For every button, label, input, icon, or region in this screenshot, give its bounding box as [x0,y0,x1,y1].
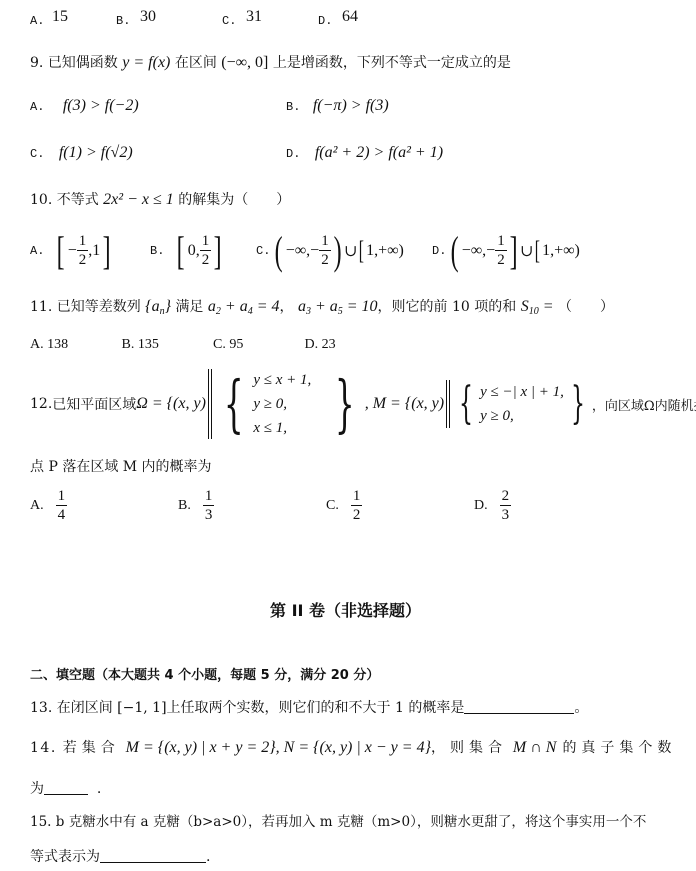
q9-option-c: C. f(1) > f(√2) [30,144,133,162]
q9-math-function: y = f(x) [122,54,170,71]
q8-option-a: A. [30,12,44,28]
q11-option-b: B. 135 [122,337,210,353]
q10-option-b-value: [0,12] [174,231,224,271]
q10-option-a-value: [−12,1] [54,231,113,271]
q15-number: 15. [30,814,51,830]
q8-option-c: C. [222,12,236,28]
q10-option-d-value: (−∞,−12]∪[1,+∞) [448,231,579,271]
q9-stem: 9. 已知偶函数 y = f(x) 在区间 (−∞, 0] 上是增函数，下列不等… [30,52,511,72]
q10-option-b: B. [0,12] [150,228,225,274]
q10-number: 10. [30,192,52,208]
q13-answer-blank[interactable] [464,713,574,714]
q9-option-b-value: f(−π) > f(3) [313,97,389,114]
q12-m-def: , M = {(x, y) [365,395,444,413]
q8-option-c-value: 31 [246,8,262,26]
section2-header: 二、填空题（本大题共 4 个小题，每题 5 分，满分 20 分） [30,664,379,683]
q12-option-b: B.13 [178,484,214,528]
q12-m-cases: { y ≤ −| x | + 1, y ≥ 0, } [444,380,592,428]
right-brace-icon: } [335,373,355,435]
q11-option-c: C. 95 [213,337,301,353]
q9-text-pre: 已知偶函数 [48,55,118,71]
bar-icon [446,380,450,428]
q11-math-sequence: {an} [145,298,171,315]
q11-math-sum: S10 = [521,298,554,315]
q13-number: 13. [30,700,52,716]
q10-option-c-value: (−∞,−12)∪[1,+∞) [272,231,403,271]
q10-text-post: 的解集为（ ） [178,192,290,208]
q8-option-a-value: 15 [52,8,68,26]
left-bracket-icon: [ [57,231,65,271]
q10-option-c: C. (−∞,−12)∪[1,+∞) [256,228,404,274]
left-brace-icon: { [459,382,473,426]
q11-number: 11. [30,299,52,315]
q9-option-a: A. f(3) > f(−2) [30,97,139,115]
q9-option-d-value: f(a² + 2) > f(a² + 1) [315,144,443,161]
q11-text-4: ，则它的前 10 项的和 [378,299,517,315]
q8-option-b: B. [116,12,130,28]
q10-option-d: D. (−∞,−12]∪[1,+∞) [432,228,580,274]
right-brace-icon: } [571,382,585,426]
q13: 13. 在闭区间 [−1, 1]上任取两个实数，则它们的和不大于 1 的概率是。 [30,697,588,717]
q15-line1: 15. b 克糖水中有 a 克糖（b>a>0），若再加入 m 克糖（m>0），则… [30,810,646,830]
q13-text: 在闭区间 [−1, 1]上任取两个实数，则它们的和不大于 1 的概率是 [57,700,465,716]
q11-option-a: A. 138 [30,337,118,353]
q8-options: A. 15 B. 30 C. 31 D. 64 [30,8,690,32]
q12-text-2: ，向区域Ω内随机投一点 P, [592,395,696,414]
q11-math-cond2: a3 + a5 = 10 [298,298,378,315]
part2-title: 第 II 卷（非选择题） [270,598,421,621]
q12-option-a: A.14 [30,484,67,528]
q12-omega-cases: { y ≤ x + 1, y ≥ 0, x ≤ 1, } [206,368,365,440]
q15-text-line1: b 克糖水中有 a 克糖（b>a>0），若再加入 m 克糖（m>0），则糖水更甜… [56,814,647,830]
bar-icon [208,369,212,439]
right-bracket-icon: ] [103,231,111,271]
q9-option-c-value: f(1) > f(√2) [59,144,133,161]
q12-option-c: C.12 [326,484,362,528]
q8-option-d: D. [318,12,332,28]
q8-option-b-value: 30 [140,8,156,26]
q14-text-3: 的真子集个数 [562,740,676,756]
q9-option-b: B. f(−π) > f(3) [286,97,389,115]
q9-math-interval: (−∞, 0] [221,54,268,71]
q14-answer-blank[interactable] [44,794,88,795]
q12-line2: 点 P 落在区域 M 内的概率为 [30,456,212,476]
left-brace-icon: { [224,373,244,435]
q12-omega-def: Ω = {(x, y) [136,395,206,413]
q12-text-1: 已知平面区域 [52,394,136,414]
q11-stem: 11. 已知等差数列 {an} 满足 a2 + a4 = 4， a3 + a5 … [30,296,614,317]
q14-line1: 14. 若集合 M = {(x, y) | x + y = 2}, N = {(… [30,737,676,757]
q14-number: 14. [30,740,57,756]
q14-math-sets: M = {(x, y) | x + y = 2}, N = {(x, y) | … [126,739,431,756]
q9-text-post: 上是增函数，下列不等式一定成立的是 [273,55,511,71]
q9-text-mid: 在区间 [175,55,217,71]
q11-text-5: （ ） [558,299,614,315]
q12-option-d: D.23 [474,484,511,528]
q10-stem: 10. 不等式 2x² − x ≤ 1 的解集为（ ） [30,189,290,209]
q11-option-d: D. 23 [305,337,393,353]
q10-text-pre: 不等式 [57,192,99,208]
q12-number: 12. [30,396,52,412]
q11-text-2: 满足 [175,299,203,315]
q9-option-a-value: f(3) > f(−2) [63,97,139,114]
q10-math-inequality: 2x² − x ≤ 1 [103,191,174,208]
q9-number: 9. [30,55,43,71]
q11-text-1: 已知等差数列 [57,299,141,315]
q11-math-cond1: a2 + a4 = 4 [208,298,280,315]
q8-option-d-value: 64 [342,8,358,26]
q14-text-1: 若集合 [63,740,120,756]
q9-option-d: D. f(a² + 2) > f(a² + 1) [286,144,443,162]
q12-options: A.14 B.13 C.12 D.23 [30,484,690,528]
q12-stem: 12. 已知平面区域 Ω = {(x, y) { y ≤ x + 1, y ≥ … [30,366,696,442]
q15-line2: 等式表示为. [30,846,210,866]
q14-math-intersection: M ∩ N [513,739,557,756]
q15-answer-blank[interactable] [100,862,206,863]
q14-line2: 为 . [30,778,101,798]
q10-option-a: A. [−12,1] [30,228,114,274]
q11-options: A. 138 B. 135 C. 95 D. 23 [30,337,393,353]
